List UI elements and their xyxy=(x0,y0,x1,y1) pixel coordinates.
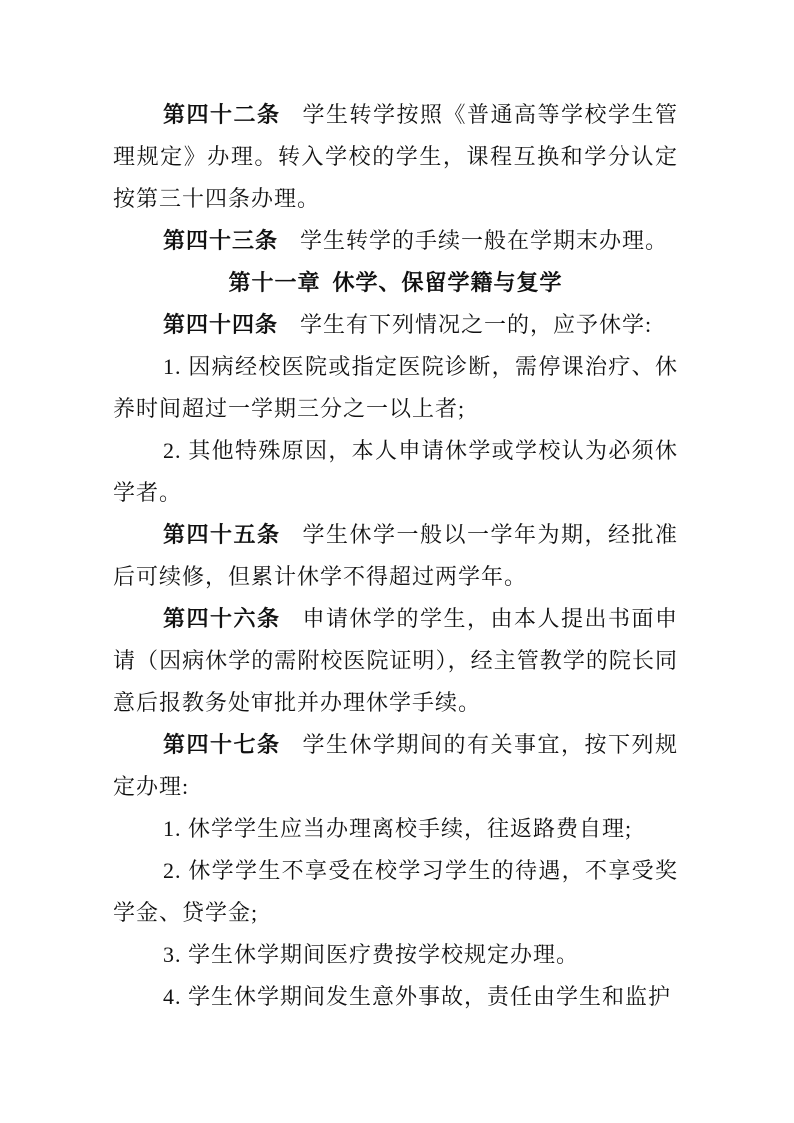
numbered-item-paragraph: 1. 因病经校医院或指定医院诊断，需停课治疗、休养时间超过一学期三分之一以上者; xyxy=(113,346,678,430)
numbered-item-paragraph: 3. 学生休学期间医疗费按学校规定办理。 xyxy=(113,934,678,976)
article-number-label: 第四十五条 xyxy=(163,522,281,547)
numbered-item-paragraph: 1. 休学学生应当办理离校手续，往返路费自理; xyxy=(113,808,678,850)
article-paragraph: 第四十六条申请休学的学生，由本人提出书面申请（因病休学的需附校医院证明），经主管… xyxy=(113,598,678,724)
article-number-label: 第四十二条 xyxy=(163,102,281,127)
article-number-label: 第四十四条 xyxy=(163,312,278,337)
article-number-label: 第四十七条 xyxy=(163,732,281,757)
numbered-item-paragraph: 4. 学生休学期间发生意外事故，责任由学生和监护 xyxy=(113,976,678,1018)
article-paragraph: 第四十四条学生有下列情况之一的，应予休学: xyxy=(113,304,678,346)
article-paragraph: 第四十三条学生转学的手续一般在学期末办理。 xyxy=(113,220,678,262)
article-paragraph: 第四十二条学生转学按照《普通高等学校学生管理规定》办理。转入学校的学生，课程互换… xyxy=(113,94,678,220)
chapter-heading: 第十一章休学、保留学籍与复学 xyxy=(113,262,678,304)
item-body-text: 4. 学生休学期间发生意外事故，责任由学生和监护 xyxy=(163,984,671,1009)
article-body-text: 学生转学的手续一般在学期末办理。 xyxy=(300,228,668,253)
article-paragraph: 第四十七条学生休学期间的有关事宜，按下列规定办理: xyxy=(113,724,678,808)
article-number-label: 第四十三条 xyxy=(163,228,278,253)
article-body-text: 学生有下列情况之一的，应予休学: xyxy=(300,312,652,337)
chapter-title-text: 休学、保留学籍与复学 xyxy=(333,270,563,295)
article-paragraph: 第四十五条学生休学一般以一学年为期，经批准后可续修，但累计休学不得超过两学年。 xyxy=(113,514,678,598)
chapter-number-label: 第十一章 xyxy=(228,270,320,295)
numbered-item-paragraph: 2. 休学学生不享受在校学习学生的待遇，不享受奖学金、贷学金; xyxy=(113,850,678,934)
numbered-item-paragraph: 2. 其他特殊原因，本人申请休学或学校认为必须休学者。 xyxy=(113,430,678,514)
item-body-text: 2. 休学学生不享受在校学习学生的待遇，不享受奖学金、贷学金; xyxy=(113,858,678,925)
document-page: 第四十二条学生转学按照《普通高等学校学生管理规定》办理。转入学校的学生，课程互换… xyxy=(0,0,794,1123)
item-body-text: 2. 其他特殊原因，本人申请休学或学校认为必须休学者。 xyxy=(113,438,678,505)
item-body-text: 3. 学生休学期间医疗费按学校规定办理。 xyxy=(163,942,579,967)
document-text-block: 第四十二条学生转学按照《普通高等学校学生管理规定》办理。转入学校的学生，课程互换… xyxy=(113,94,678,1018)
article-number-label: 第四十六条 xyxy=(163,606,281,631)
item-body-text: 1. 休学学生应当办理离校手续，往返路费自理; xyxy=(163,816,632,841)
item-body-text: 1. 因病经校医院或指定医院诊断，需停课治疗、休养时间超过一学期三分之一以上者; xyxy=(113,354,678,421)
